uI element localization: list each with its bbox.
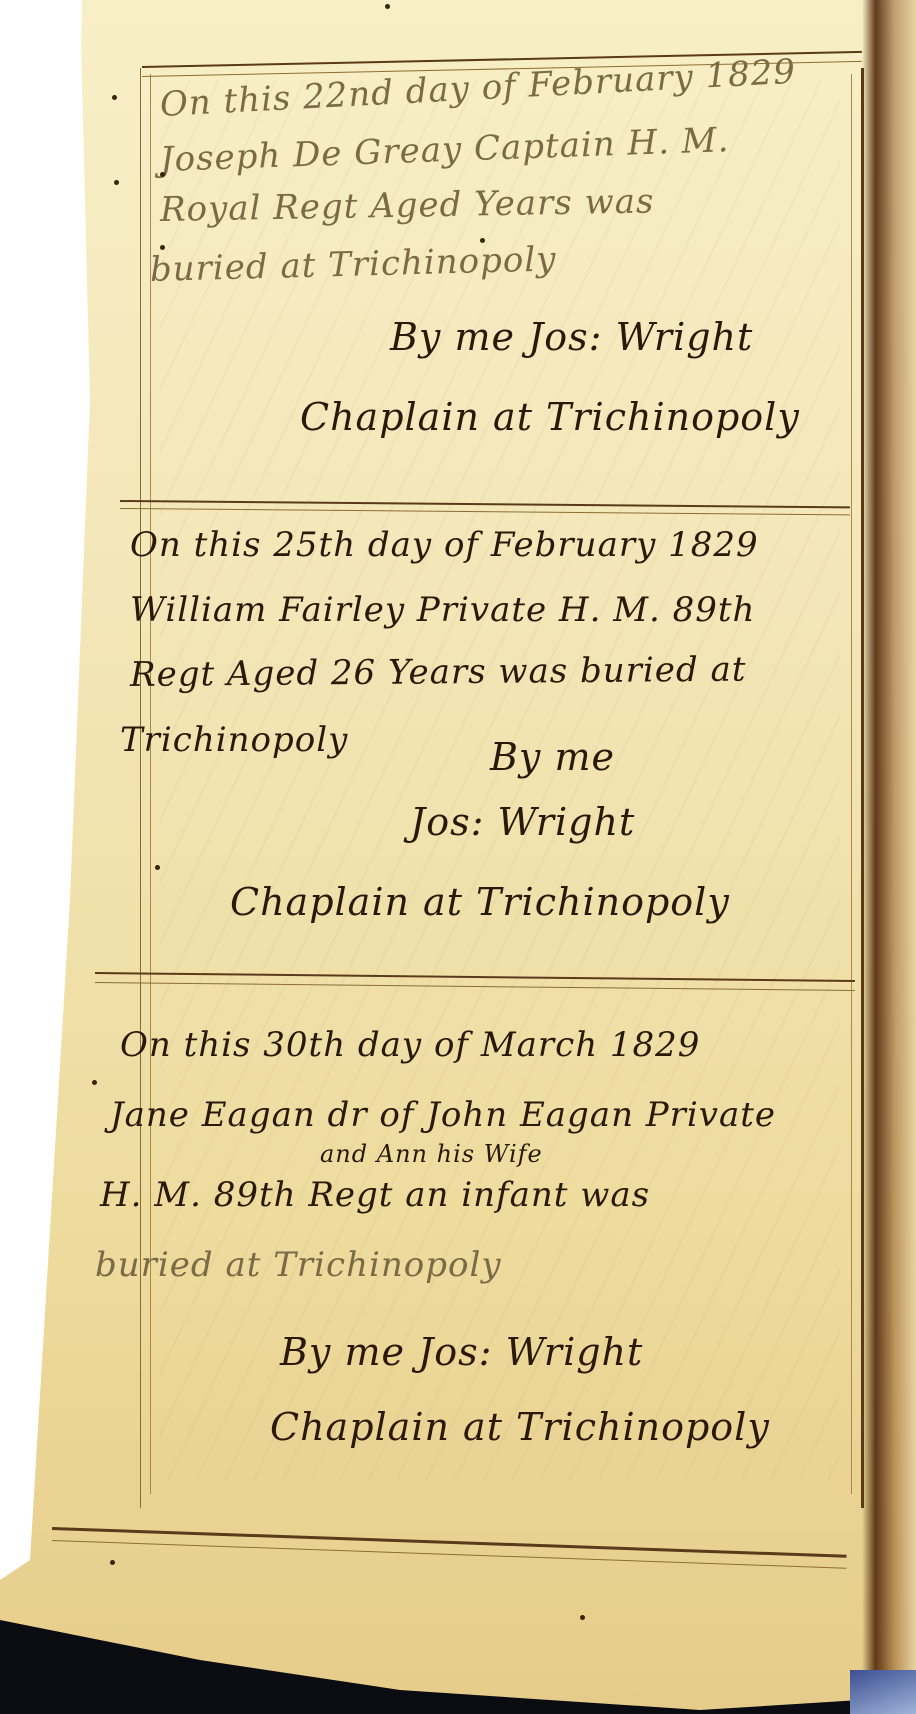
ink-speck (112, 95, 117, 100)
ink-speck (480, 238, 485, 243)
entry-3-line-2: Jane Eagan dr of John Eagan Private (110, 1095, 776, 1135)
ink-speck (160, 172, 165, 177)
ink-speck (110, 1560, 115, 1565)
entry-3-signature: By me Jos: Wright (280, 1330, 643, 1374)
book-binding (862, 0, 916, 1714)
fabric-corner (850, 1670, 916, 1714)
entry-3-line-4: buried at Trichinopoly (95, 1245, 502, 1285)
ink-speck (155, 865, 160, 870)
ink-speck (92, 1080, 97, 1085)
entry-3-line-1: On this 30th day of March 1829 (120, 1025, 700, 1065)
ink-speck (114, 180, 119, 185)
entry-3-interlineation: and Ann his Wife (320, 1140, 543, 1168)
burial-entry-3: On this 30th day of March 1829 Jane Eaga… (150, 0, 850, 1500)
ink-speck (580, 1615, 585, 1620)
entry-3-line-3: H. M. 89th Regt an infant was (100, 1175, 650, 1215)
bottom-rule-inner (52, 1540, 847, 1569)
ink-speck (385, 4, 390, 9)
register-page: On this 22nd day of February 1829 Joseph… (0, 0, 916, 1714)
entry-3-title: Chaplain at Trichinopoly (270, 1405, 770, 1449)
ink-speck (160, 245, 165, 250)
